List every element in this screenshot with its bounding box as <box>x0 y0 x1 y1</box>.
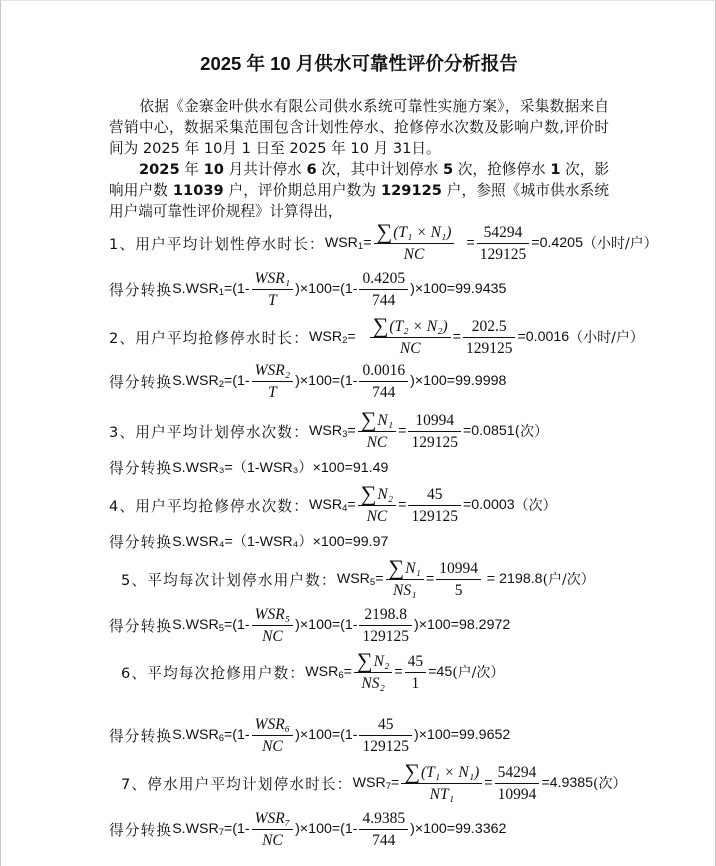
formula-fraction: ∑(T₁ × N₁) NT₁ <box>401 762 482 804</box>
sigma-icon: ∑ <box>404 759 420 784</box>
value-fraction: 54294 10994 <box>495 763 540 804</box>
metric-2-score: 得分转换 S.WSR2=(1- WSR₂ T )×100=(1- 0.0016 … <box>109 359 506 403</box>
score-value-fraction: 0.4205 744 <box>359 269 408 310</box>
score-mid: )×100=(1- <box>295 727 357 743</box>
metric-1-formula: 1、用户平均计划性停水时长： WSR1= ∑(T₁ × N₁) NC = 542… <box>109 221 658 265</box>
score-value-fraction: 2198.8 129125 <box>359 605 412 646</box>
score-result: )×100=99.9435 <box>410 281 506 297</box>
text: 户，评价期总用户数为 <box>224 182 381 199</box>
intro-paragraph-2: 2025 年 10 月共计停水 6 次，其中计划停水 5 次，抢修停水 1 次，… <box>109 159 609 222</box>
metric-5-formula: 5、平均每次计划停水用户数： WSR5= ∑N₁ NS₁ = 10994 5 =… <box>121 557 595 601</box>
metric-lhs: WSR2= <box>309 329 356 346</box>
score-label: 得分转换 <box>109 819 172 840</box>
score-symbol-fraction: WSR₇ NC <box>252 809 294 850</box>
score-lhs: S.WSR5=(1- <box>172 617 249 634</box>
metric-unit: （小时/户） <box>569 327 644 347</box>
score-mid: )×100=(1- <box>295 821 357 837</box>
score-value-fraction: 4.9385 744 <box>359 809 408 850</box>
metric-label: 4、用户平均抢修停水次数： <box>109 495 309 516</box>
sigma-icon: ∑ <box>357 648 373 673</box>
text: 次，抢修停水 <box>453 161 550 178</box>
score-text: S.WSR₄=（1-WSR₄）×100=99.97 <box>172 531 388 551</box>
metric-label: 5、平均每次计划停水用户数： <box>121 569 337 590</box>
score-text: S.WSR₃=（1-WSR₃）×100=91.49 <box>172 457 388 477</box>
month-value: 10 <box>204 161 224 178</box>
metric-lhs: WSR5= <box>337 571 384 588</box>
total-outages-value: 6 <box>306 161 316 178</box>
metric-unit: （次） <box>515 495 557 515</box>
sigma-icon: ∑ <box>389 555 405 580</box>
score-lhs: S.WSR6=(1- <box>172 727 249 744</box>
equals: = <box>426 571 434 587</box>
value-fraction: 202.5 129125 <box>463 317 516 358</box>
metric-label: 3、用户平均计划停水次数： <box>109 421 309 442</box>
metric-lhs: WSR4= <box>309 497 356 514</box>
metric-1-score: 得分转换 S.WSR1=(1- WSR₁ T )×100=(1- 0.4205 … <box>109 267 506 311</box>
metric-lhs: WSR1= <box>325 235 372 252</box>
metric-label: 1、用户平均计划性停水时长： <box>109 233 325 254</box>
text: 次，其中计划停水 <box>317 161 443 178</box>
metric-result: =0.0016 <box>517 329 569 345</box>
metric-6-score: 得分转换 S.WSR6=(1- WSR₆ NC )×100=(1- 45 129… <box>109 713 510 757</box>
metric-unit: (次） <box>515 421 548 441</box>
metric-lhs: WSR3= <box>309 423 356 440</box>
text: 月共计停水 <box>224 161 307 178</box>
score-result: )×100=99.9998 <box>410 373 506 389</box>
planned-outages-value: 5 <box>443 161 453 178</box>
equals: = <box>398 497 406 513</box>
score-label: 得分转换 <box>109 725 172 746</box>
metric-unit: (户/次） <box>543 569 595 589</box>
metric-label: 7、停水用户平均计划停水时长： <box>121 773 353 794</box>
score-label: 得分转换 <box>109 371 172 392</box>
score-result: )×100=99.9652 <box>414 727 510 743</box>
score-lhs: S.WSR2=(1- <box>172 373 249 390</box>
affected-users-value: 11039 <box>173 182 224 199</box>
intro-paragraph-1: 依据《金寨金叶供水有限公司供水系统可靠性实施方案》，采集数据来自营销中心，数据采… <box>109 96 609 159</box>
metric-unit: (户/次） <box>452 662 504 682</box>
total-users-value: 129125 <box>381 182 442 199</box>
metric-result: =45 <box>428 664 452 680</box>
document-page: 2025 年 10 月供水可靠性评价分析报告 依据《金寨金叶供水有限公司供水系统… <box>0 0 716 866</box>
metric-lhs: WSR7= <box>353 775 400 792</box>
score-label: 得分转换 <box>109 615 172 636</box>
score-label: 得分转换 <box>109 531 172 552</box>
formula-fraction: ∑N₁ NS₁ <box>386 558 424 600</box>
sigma-icon: ∑ <box>373 313 389 338</box>
report-title: 2025 年 10 月供水可靠性评价分析报告 <box>1 50 716 76</box>
equals: = <box>398 423 406 439</box>
metric-result: =0.0851 <box>463 423 515 439</box>
sigma-icon: ∑ <box>361 481 377 506</box>
metric-result: = 2198.8 <box>483 571 543 587</box>
score-lhs: S.WSR1=(1- <box>172 281 249 298</box>
score-mid: )×100=(1- <box>295 281 357 297</box>
metric-2-formula: 2、用户平均抢修停水时长： WSR2= ∑(T₂ × N₂) NC = 202.… <box>109 315 644 359</box>
metric-label: 2、用户平均抢修停水时长： <box>109 327 309 348</box>
equals: = <box>466 235 474 251</box>
score-result: )×100=98.2972 <box>414 617 510 633</box>
metric-result: =4.9385 <box>541 775 593 791</box>
metric-label: 6、平均每次抢修用户数： <box>121 662 305 683</box>
metric-5-score: 得分转换 S.WSR5=(1- WSR₅ NC )×100=(1- 2198.8… <box>109 603 510 647</box>
text: 年 <box>180 161 204 178</box>
score-value-fraction: 45 129125 <box>359 715 412 756</box>
metric-lhs: WSR6= <box>305 664 352 681</box>
formula-fraction: ∑(T₁ × N₁) NC <box>374 222 455 264</box>
value-fraction: 10994 129125 <box>408 411 461 452</box>
intro-text-1: 依据《金寨金叶供水有限公司供水系统可靠性实施方案》，采集数据来自营销中心，数据采… <box>109 98 609 157</box>
repair-outages-value: 1 <box>550 161 560 178</box>
year-value: 2025 <box>139 161 180 178</box>
formula-fraction: ∑(T₂ × N₂) NC <box>370 316 451 358</box>
score-symbol-fraction: WSR₅ NC <box>252 605 294 646</box>
value-fraction: 54294 129125 <box>477 223 530 264</box>
equals: = <box>484 775 492 791</box>
score-result: )×100=99.3362 <box>410 821 506 837</box>
metric-unit: (次） <box>593 773 626 793</box>
score-label: 得分转换 <box>109 279 172 300</box>
score-mid: )×100=(1- <box>295 617 357 633</box>
formula-fraction: ∑N₂ NS₂ <box>354 651 392 693</box>
metric-result: =0.0003 <box>463 497 515 513</box>
equals: = <box>394 664 402 680</box>
score-symbol-fraction: WSR₂ T <box>252 361 294 402</box>
score-symbol-fraction: WSR₁ T <box>252 269 294 310</box>
metric-unit: （小时/户） <box>583 233 658 253</box>
value-fraction: 45 129125 <box>408 485 461 526</box>
metric-7-formula: 7、停水用户平均计划停水时长： WSR7= ∑(T₁ × N₁) NT₁ = 5… <box>121 761 626 805</box>
sigma-icon: ∑ <box>361 407 377 432</box>
value-fraction: 45 1 <box>405 652 427 693</box>
score-symbol-fraction: WSR₆ NC <box>252 715 294 756</box>
metric-result: =0.4205 <box>531 235 583 251</box>
score-lhs: S.WSR7=(1- <box>172 821 249 838</box>
value-fraction: 10994 5 <box>436 559 481 600</box>
score-label: 得分转换 <box>109 457 172 478</box>
metric-7-score: 得分转换 S.WSR7=(1- WSR₇ NC )×100=(1- 4.9385… <box>109 807 506 851</box>
metric-6-formula: 6、平均每次抢修用户数： WSR6= ∑N₂ NS₂ = 45 1 =45 (户… <box>121 650 504 694</box>
score-mid: )×100=(1- <box>295 373 357 389</box>
score-value-fraction: 0.0016 744 <box>359 361 408 402</box>
equals: = <box>453 329 461 345</box>
sigma-icon: ∑ <box>377 219 393 244</box>
